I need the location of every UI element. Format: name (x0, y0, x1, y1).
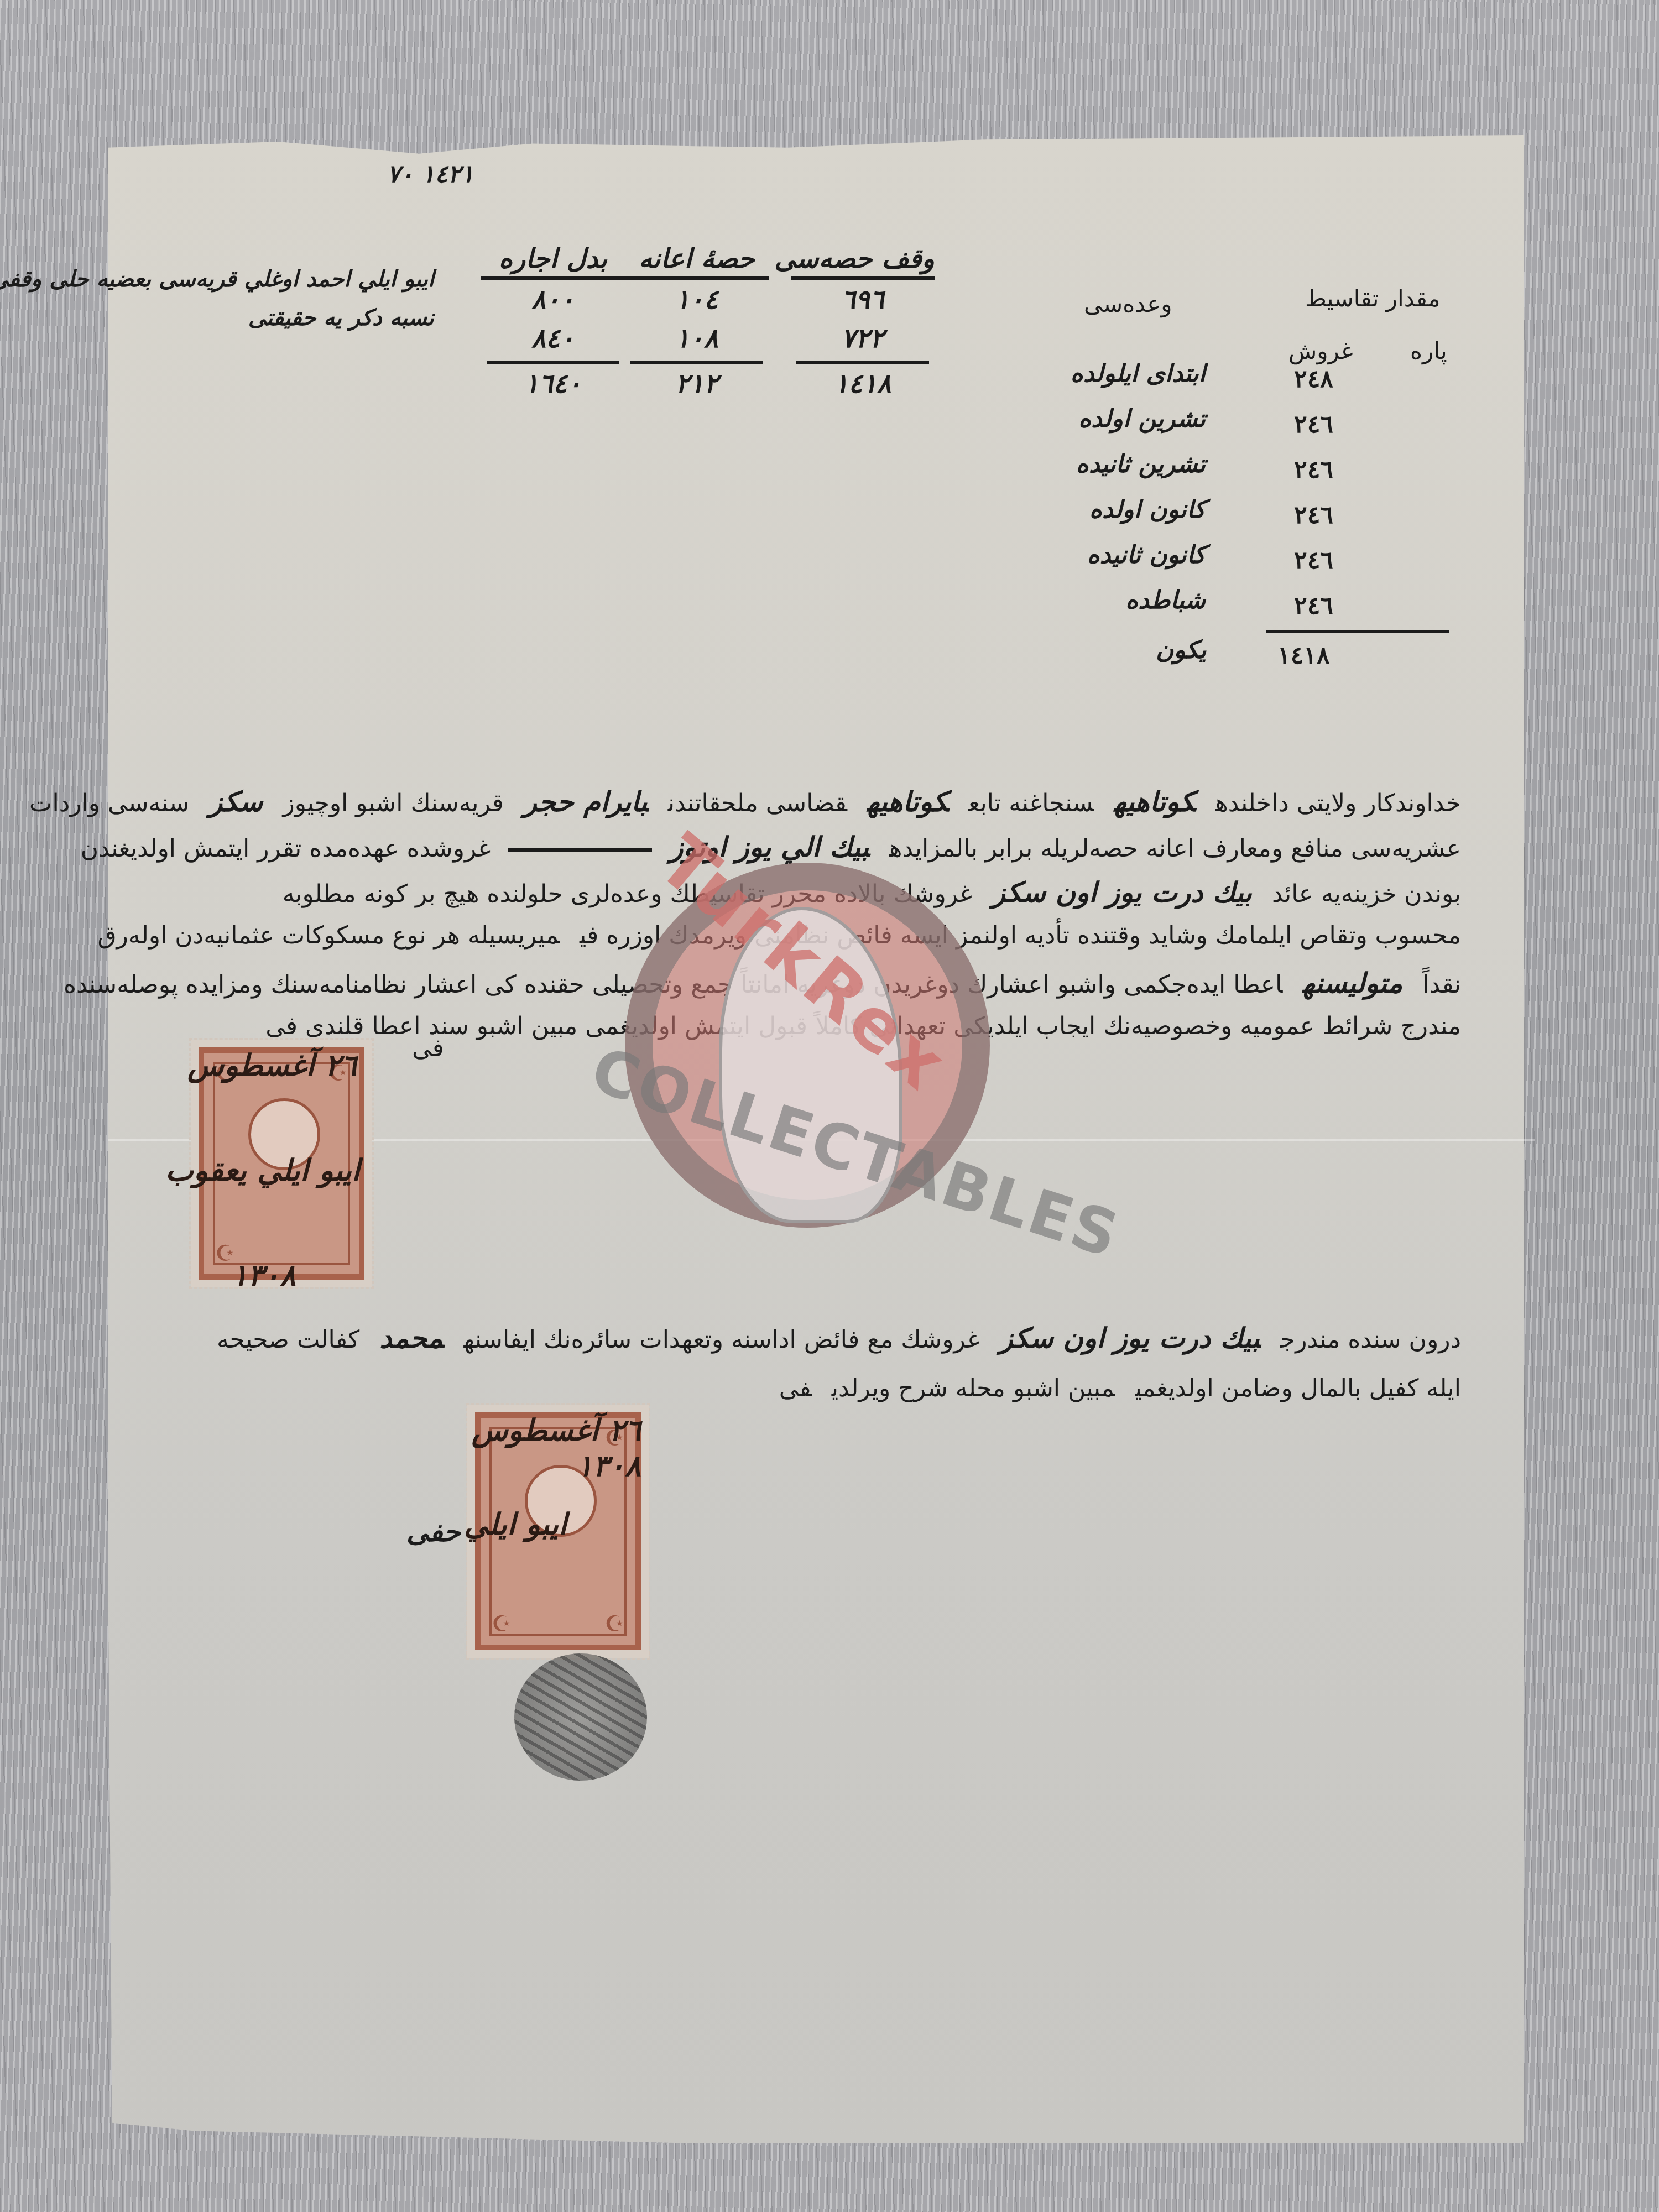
handwritten-fill: سكز (209, 785, 263, 818)
printed-text: عشريه‌سی منافع ومعارف اعانه حصه‌لريله بر… (889, 834, 1461, 863)
installment-amount: ٢٤٨ (1294, 365, 1333, 393)
installment-amount: ٢٤٦ (1294, 410, 1333, 439)
blank-line (508, 848, 652, 852)
handwritten-fill: كوتاهيه (867, 785, 948, 818)
handwritten-fill: بيك درت يوز اون سكز (992, 876, 1252, 909)
printed-text: ايله كفيل بالمال وضامن اولديغمی (1135, 1374, 1462, 1402)
col-total: ١٤١٨ (791, 364, 935, 403)
printed-text: نقداً (1422, 971, 1461, 999)
printed-text: مبين اشبو محله شرح ويرلدی (832, 1374, 1115, 1402)
col-value: ٧٢٢ (791, 319, 935, 358)
printed-text: غروشده عهده‌مده تقرر ايتمش اولديغندن (81, 834, 491, 863)
printed-text: فی (779, 1374, 812, 1402)
guarantor-line: ايله كفيل بالمال وضامن اولديغمیمبين اشبو… (769, 1374, 1471, 1402)
installment-amount: ٢٤٦ (1294, 546, 1333, 575)
printed-text: سنه‌سی واردات (29, 789, 189, 817)
table-col-vakf: وقف حصه‌سی ٦٩٦ ٧٢٢ ١٤١٨ (791, 243, 935, 403)
stamp-annotation: ٢٦ آغسطوس (187, 1047, 357, 1083)
col-value: ١٠٨ (625, 319, 769, 358)
unit-para: پاره (1410, 337, 1447, 364)
col-value: ٨٠٠ (481, 280, 625, 319)
installment-due: تشرين اولده (1078, 405, 1206, 433)
col-value: ١٠٤ (625, 280, 769, 319)
unit-kurus: غروش (1288, 337, 1353, 364)
col-value: ٦٩٦ (791, 280, 935, 319)
stamp-margin-note: حفی (406, 1515, 461, 1548)
stamp-annotation: ايبو ايلي (464, 1506, 567, 1542)
stamp-annotation: ١٣٠٨ (232, 1258, 296, 1293)
installment-due: تشرين ثانيده (1076, 450, 1206, 478)
printed-text: قريه‌سنك اشبو اوچيوز (283, 789, 503, 817)
printed-text: بوندن خزينه‌يه عائد (1272, 880, 1461, 908)
installments-due-header: وعده‌سی (1084, 290, 1172, 317)
revenue-stamp-2: ☪ ☪ ☪ ٢٦ آغسطوس ١٣٠٨ ايبو ايلي (467, 1405, 649, 1658)
installments-total: ١٤١٨ (1277, 641, 1330, 670)
body-line: خداوندكار ولايتی داخلندهكوتاهيهسنجاغنه ت… (19, 785, 1471, 818)
stamp-annotation: ٢٦ آغسطوس ١٣٠٨ (398, 1412, 641, 1483)
printed-text: كفالت صحيحه (217, 1326, 359, 1354)
printed-text: درون سنده مندرج (1280, 1326, 1461, 1354)
handwritten-fill: محمد (379, 1322, 444, 1354)
body-line: عشريه‌سی منافع ومعارف اعانه حصه‌لريله بر… (71, 831, 1471, 863)
village-label-1: ايبو ايلي احمد اوغلي قريه‌سی بعضيه حلى و… (0, 260, 434, 299)
col-total: ٢١٢ (625, 364, 769, 403)
col-header: وقف حصه‌سی (791, 243, 935, 280)
printed-text: خداوندكار ولايتی داخلنده (1215, 789, 1461, 817)
ink-seal (514, 1653, 647, 1781)
installments-amount-header: مقدار تقاسيط (1305, 285, 1441, 312)
revenue-stamp-1: ☪ ☪ ☪ ٢٦ آغسطوس ايبو ايلي يعقوب ١٣٠٨ (191, 1040, 372, 1287)
crescent-star-icon: ☪ (492, 1611, 512, 1637)
village-label-2: نسبه دكر يه حقيقتی (0, 299, 434, 337)
printed-text: غروشك مع فائض اداسنه وتعهدات سائره‌نك اي… (464, 1326, 980, 1354)
printed-text: سنجاغنه تابع (968, 789, 1094, 817)
col-total: ١٦٤٠ (481, 364, 625, 403)
installment-amount: ٢٤٦ (1294, 592, 1333, 620)
installment-due: كانون ثانيده (1087, 541, 1206, 569)
installment-due: ابتدای ايلولده (1071, 359, 1206, 388)
handwritten-fill: بايرام حجر (524, 785, 648, 818)
installment-amount: ٢٤٦ (1294, 456, 1333, 484)
installments-total-rule (1266, 630, 1449, 633)
stamp-margin-note: فی (412, 1034, 444, 1062)
table-col-bedel: بدل اجاره ٨٠٠ ٨٤٠ ١٦٤٠ (481, 243, 625, 403)
printed-text: ميريسيله هر نوع مسكوكات عثمانيه‌دن اوله‌… (97, 921, 559, 950)
installment-amount: ٢٤٦ (1294, 501, 1333, 529)
reference-number: ١٤٢١ ٧٠ (387, 160, 474, 189)
col-value: ٨٤٠ (481, 319, 625, 358)
installment-due: شباطده (1125, 586, 1206, 614)
installments-total-label: يكون (1156, 636, 1207, 664)
handwritten-fill: متوليسنه (1302, 967, 1402, 999)
handwritten-fill: بيك درت يوز اون سكز (1000, 1322, 1260, 1354)
village-labels: ايبو ايلي احمد اوغلي قريه‌سی بعضيه حلى و… (0, 260, 434, 337)
stamp-annotation: ايبو ايلي يعقوب (165, 1152, 360, 1188)
table-col-iane: حصهٔ اعانه ١٠٤ ١٠٨ ٢١٢ (625, 243, 769, 403)
printed-text: قضاسی ملحقاتندن (668, 789, 847, 817)
handwritten-fill: كوتاهيه (1114, 785, 1196, 818)
installment-due: كانون اولده (1089, 495, 1206, 524)
guarantor-line: درون سنده مندرجبيك درت يوز اون سكزغروشك … (207, 1322, 1471, 1354)
crescent-star-icon: ☪ (604, 1611, 624, 1637)
col-header: حصهٔ اعانه (625, 243, 769, 280)
col-header: بدل اجاره (481, 243, 625, 280)
